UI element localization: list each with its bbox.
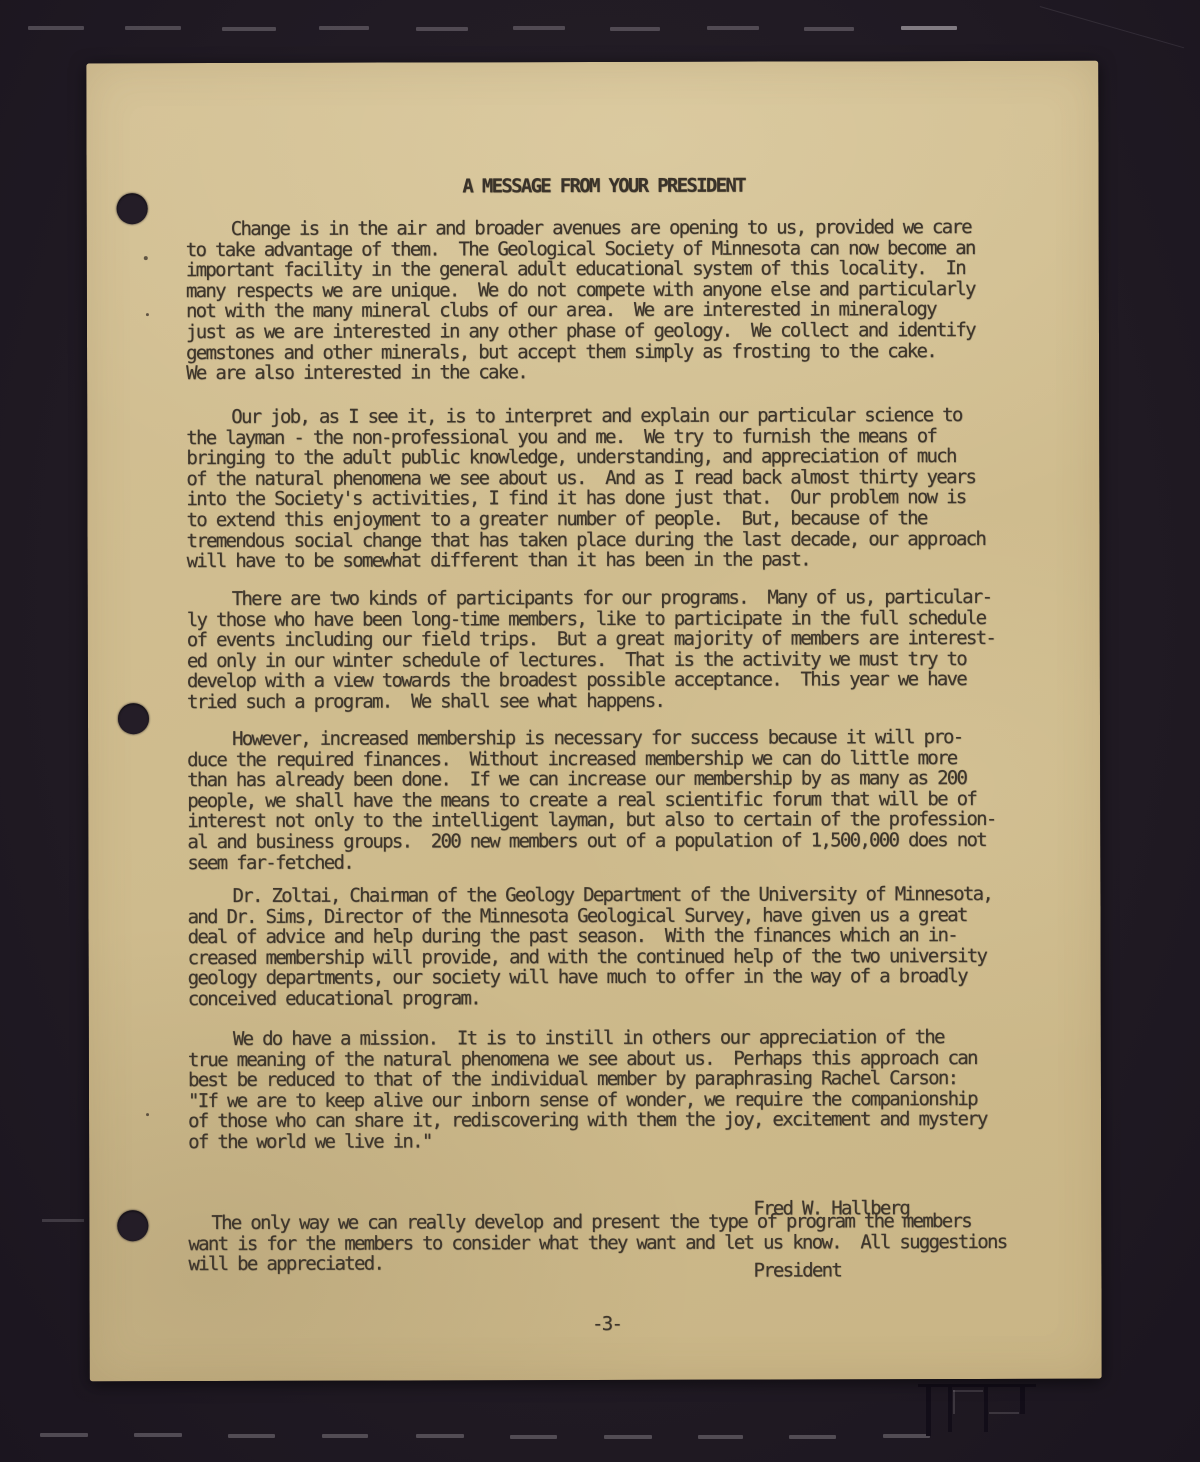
- sprocket-mark: [804, 27, 854, 31]
- sprocket-mark: [228, 1434, 275, 1438]
- sprocket-mark: [319, 26, 369, 30]
- sprocket-mark: [707, 26, 759, 30]
- paragraph-1: Change is in the air and broader avenues…: [186, 217, 1022, 384]
- sprocket-mark: [510, 1435, 557, 1439]
- film-frame-marks: [918, 1380, 1036, 1436]
- paragraph-5: Dr. Zoltai, Chairman of the Geology Depa…: [187, 884, 1023, 1010]
- paragraph-6: We do have a mission. It is to instill i…: [188, 1027, 1024, 1153]
- sprocket-mark: [901, 26, 957, 30]
- hole-punch-top: [117, 193, 148, 224]
- sprocket-mark: [416, 1434, 464, 1438]
- sprocket-mark: [698, 1435, 743, 1439]
- sprocket-mark: [610, 27, 660, 31]
- film-edge-mark: [42, 1219, 84, 1222]
- paragraph-2: Our job, as I see it, is to interpret an…: [186, 405, 1022, 572]
- ink-speck: [146, 1113, 149, 1116]
- paragraph-3: There are two kinds of participants for …: [187, 587, 1023, 713]
- sprocket-mark: [28, 26, 84, 30]
- hole-punch-bottom: [117, 1210, 148, 1241]
- sprocket-mark: [513, 26, 565, 30]
- hole-punch-middle: [118, 703, 149, 734]
- sprocket-mark: [125, 26, 181, 30]
- sprocket-mark: [322, 1434, 368, 1438]
- paragraph-7: The only way we can really develop and p…: [188, 1211, 1024, 1275]
- page-title: A MESSAGE FROM YOUR PRESIDENT: [186, 175, 1022, 198]
- paragraph-4: However, increased membership is necessa…: [187, 727, 1023, 873]
- ink-speck: [146, 313, 149, 316]
- page-number: -3-: [189, 1313, 1025, 1336]
- sprocket-mark: [604, 1435, 652, 1439]
- sprocket-mark: [789, 1435, 836, 1439]
- sprocket-mark: [416, 27, 468, 31]
- sprocket-mark: [222, 27, 276, 31]
- sprocket-mark: [40, 1433, 88, 1437]
- microfilm-scan: { "colors": { "background": "#211b24", "…: [0, 0, 1200, 1462]
- ink-speck: [144, 256, 148, 260]
- paper-page: A MESSAGE FROM YOUR PRESIDENT Change is …: [86, 61, 1101, 1382]
- sprocket-mark: [134, 1433, 182, 1437]
- film-scratch: [1040, 6, 1184, 48]
